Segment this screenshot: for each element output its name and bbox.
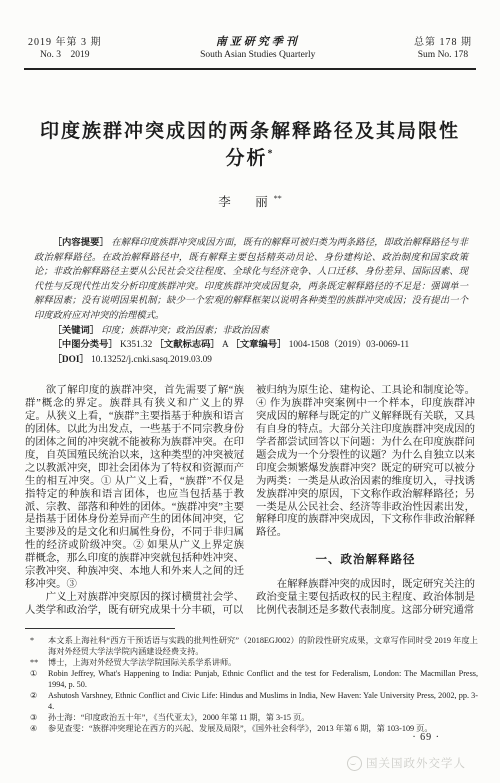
doi-label: ［DOI］ [53,355,89,365]
header-issue-info: 2019 年第 3 期 No. 3 2019 [28,36,102,62]
article-id-label: ［文章编号］ [231,340,287,350]
footnote-text: 本文系上海社科“西方干预话语与实践的批判性研究”（2018EGJ002）的阶段性… [48,635,478,657]
footnote-item: ② Ashutosh Varshney, Ethnic Conflict and… [30,690,478,712]
issue-cn: 2019 年第 3 期 [28,36,102,49]
right-column: 被归纳为原生论、建构论、工具论和制度论等。④ 作为族群冲突案例中一个样本，印度族… [256,385,475,618]
journal-name-cn: 南亚研究季刊 [200,36,315,49]
footnote-item: ④ 参见查雯：“族群冲突理论在西方的兴起、发展及局限”，《国外社会科学》，201… [30,723,478,734]
footnote-marker: ② [30,690,48,712]
left-column: 欲了解印度的族群冲突，首先需要了解“族群”概念的界定。族群具有狭义和广义上的界定… [25,385,244,618]
header-journal-name: 南亚研究季刊 South Asian Studies Quarterly [200,36,315,62]
watermark: 国关国政外交学人 [347,755,466,771]
footnote-text: Robin Jeffrey, What's Happening to India… [48,668,478,690]
footnote-item: ③ 孙士海：“印度政治五十年”，《当代亚太》，2000 年第 11 期，第 3-… [30,712,478,723]
sum-en: Sum No. 178 [414,49,472,62]
doi-value: 10.13252/j.cnki.sasq.2019.03.09 [91,355,212,365]
abstract-text: 在解释印度族群冲突成因方面，既有的解释可被归类为两条路径，即政治解释路径与非政治… [34,238,468,321]
issue-en: No. 3 2019 [28,49,102,62]
classification-line: ［中图分类号］ K351.32 ［文献标志码］ A ［文章编号］ 1004-15… [34,338,468,353]
title-note-mark: * [268,149,275,160]
author-note-mark: ** [274,194,282,203]
article-id-value: 1004-1508（2019）03-0069-11 [289,340,410,350]
footnote-text: Ashutosh Varshney, Ethnic Conflict and C… [48,690,478,712]
footnote-marker: ④ [30,723,48,734]
footnote-text: 博士，上海对外经贸大学法学院国际关系学系讲师。 [48,657,478,668]
keywords-line: ［关键词］ 印度；族群冲突；政治因素；非政治因素 [34,324,468,339]
footnote-item: ** 博士，上海对外经贸大学法学院国际关系学系讲师。 [30,657,478,668]
author-line: 李 丽** [0,192,500,210]
sum-cn: 总第 178 期 [414,36,472,49]
section-heading: 一、政治解释路径 [256,554,475,567]
watermark-label: 国关国政外交学人 [366,755,466,771]
abstract-label: ［内容提要］ [53,238,109,248]
journal-name-en: South Asian Studies Quarterly [200,49,315,62]
page-title: 印度族群冲突成因的两条解释路径及其局限性分析* [30,116,470,170]
journal-header: 2019 年第 3 期 No. 3 2019 南亚研究季刊 South Asia… [28,36,472,62]
footnote-item: * 本文系上海社科“西方干预话语与实践的批判性研究”（2018EGJ002）的阶… [30,635,478,657]
logo-circle-icon [347,756,362,771]
body-paragraph: 广义上对族群冲突原因的探讨横贯社会学、人类学和政治学，既有研究成果十分丰硕，可以 [25,592,244,618]
footnote-marker: ③ [30,712,48,723]
footnote-item: ① Robin Jeffrey, What's Happening to Ind… [30,668,478,690]
footnotes-block: * 本文系上海社科“西方干预话语与实践的批判性研究”（2018EGJ002）的阶… [30,635,478,734]
doc-code-value: A [222,340,228,350]
footnote-marker: * [30,635,48,657]
footnote-marker: ① [30,668,48,690]
body-paragraph: 被归纳为原生论、建构论、工具论和制度论等。④ 作为族群冲突案例中一个样本，印度族… [256,385,475,540]
journal-page: 2019 年第 3 期 No. 3 2019 南亚研究季刊 South Asia… [0,0,500,783]
keywords-text: 印度；族群冲突；政治因素；非政治因素 [101,326,268,336]
abstract-paragraph: ［内容提要］ 在解释印度族群冲突成因方面，既有的解释可被归类为两条路径，即政治解… [34,236,468,324]
abstract-block: ［内容提要］ 在解释印度族群冲突成因方面，既有的解释可被归类为两条路径，即政治解… [34,236,468,367]
body-columns: 欲了解印度的族群冲突，首先需要了解“族群”概念的界定。族群具有狭义和广义上的界定… [25,385,475,618]
doi-line: ［DOI］ 10.13252/j.cnki.sasq.2019.03.09 [34,353,468,368]
clc-label: ［中图分类号］ [53,340,118,350]
page-number: · 69 · [412,732,440,743]
title-text: 印度族群冲突成因的两条解释路径及其局限性分析 [40,121,460,169]
header-divider [24,68,476,70]
header-sum-info: 总第 178 期 Sum No. 178 [414,36,472,62]
footnote-text: 孙士海：“印度政治五十年”，《当代亚太》，2000 年第 11 期，第 3-15… [48,712,478,723]
keywords-label: ［关键词］ [53,326,100,336]
body-paragraph: 在解释族群冲突的成因时，既定研究关注的政治变量主要包括政权的民主程度、政治体制是… [256,579,475,618]
author-name: 李 丽 [218,195,274,209]
footnote-divider [25,628,175,629]
footnote-marker: ** [30,657,48,668]
clc-value: K351.32 [120,340,152,350]
doc-code-label: ［文献标志码］ [155,340,220,350]
body-paragraph: 欲了解印度的族群冲突，首先需要了解“族群”概念的界定。族群具有狭义和广义上的界定… [25,385,244,592]
